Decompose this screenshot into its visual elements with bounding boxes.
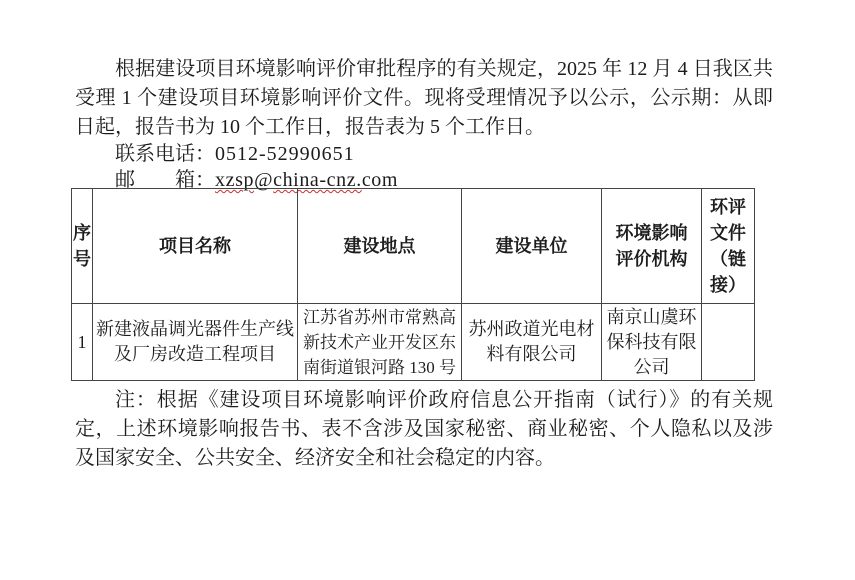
cell-location: 江苏省苏州市常熟高新技术产业开发区东南街道银河路 130 号 xyxy=(298,304,462,381)
intro-paragraph: 根据建设项目环境影响评价审批程序的有关规定，2025 年 12 月 4 日我区共… xyxy=(75,55,773,142)
cell-builder: 苏州政道光电材料有限公司 xyxy=(462,304,602,381)
table-row: 1 新建液晶调光器件生产线及厂房改造工程项目 江苏省苏州市常熟高新技术产业开发区… xyxy=(72,304,755,381)
phone-label: 联系电话： xyxy=(115,143,215,165)
phone-number: 0512-52990651 xyxy=(215,143,355,165)
table-header-row: 序号 项目名称 建设地点 建设单位 环境影响评价机构 环评文件（链接） xyxy=(72,189,755,304)
cell-doc-link xyxy=(702,304,755,381)
document-page: 根据建设项目环境影响评价审批程序的有关规定，2025 年 12 月 4 日我区共… xyxy=(0,0,855,580)
acceptance-table: 序号 项目名称 建设地点 建设单位 环境影响评价机构 环评文件（链接） 1 新建… xyxy=(71,188,755,381)
col-header-doc-link: 环评文件（链接） xyxy=(702,189,755,304)
note-paragraph: 注：根据《建设项目环境影响评价政府信息公开指南（试行）》的有关规定，上述环境影响… xyxy=(75,386,773,473)
col-header-project: 项目名称 xyxy=(93,189,298,304)
col-header-agency: 环境影响评价机构 xyxy=(602,189,702,304)
cell-seq: 1 xyxy=(72,304,93,381)
cell-project-name: 新建液晶调光器件生产线及厂房改造工程项目 xyxy=(93,304,298,381)
contact-phone-line: 联系电话：0512-52990651 xyxy=(75,140,355,169)
col-header-seq: 序号 xyxy=(72,189,93,304)
col-header-location: 建设地点 xyxy=(298,189,462,304)
col-header-builder: 建设单位 xyxy=(462,189,602,304)
cell-agency: 南京山虞环保科技有限公司 xyxy=(602,304,702,381)
